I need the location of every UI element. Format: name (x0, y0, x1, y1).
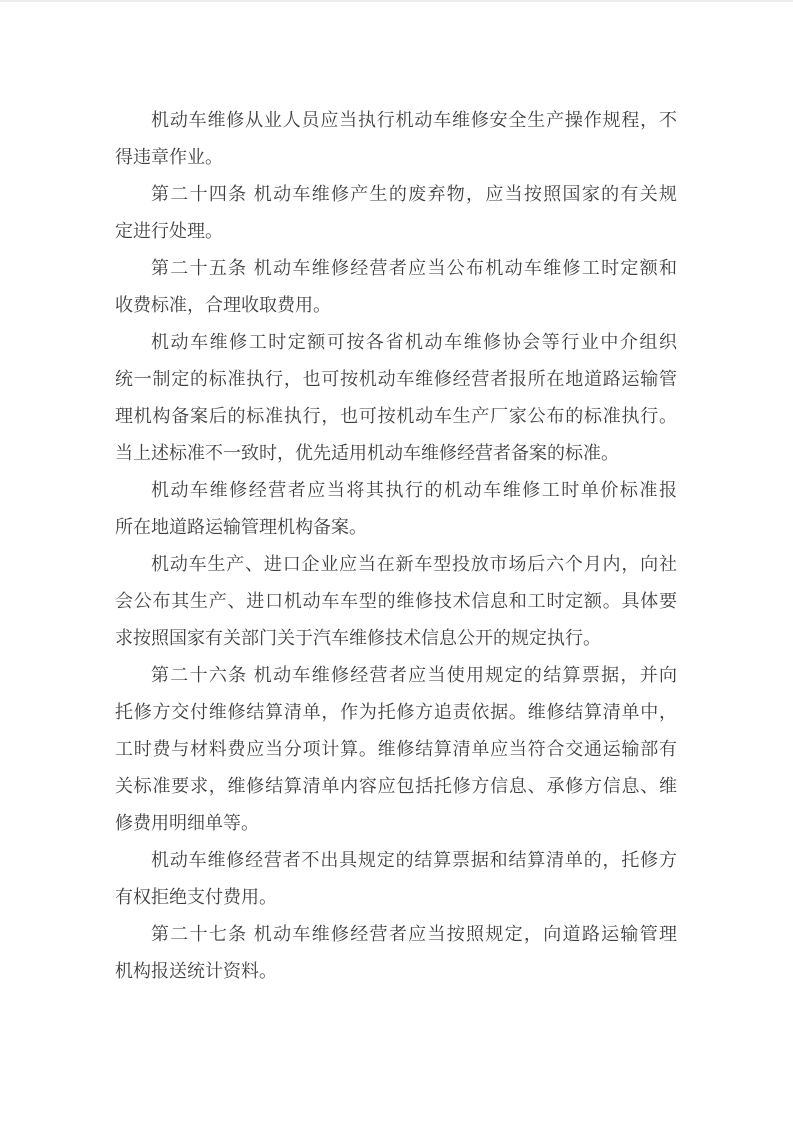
paragraph: 第二十五条 机动车维修经营者应当公布机动车维修工时定额和收费标准，合理收取费用。 (115, 250, 677, 324)
text-line: 收费标准，合理收取费用。 (115, 287, 677, 324)
text-line: 所在地道路运输管理机构备案。 (115, 509, 677, 546)
paragraph: 机动车维修工时定额可按各省机动车维修协会等行业中介组织统一制定的标准执行，也可按… (115, 324, 677, 472)
text-line: 修费用明细单等。 (115, 805, 677, 842)
paragraph: 机动车维修经营者应当将其执行的机动车维修工时单价标准报所在地道路运输管理机构备案… (115, 472, 677, 546)
text-line: 定进行处理。 (115, 213, 677, 250)
paragraph: 第二十四条 机动车维修产生的废弃物，应当按照国家的有关规定进行处理。 (115, 176, 677, 250)
text-line: 工时费与材料费应当分项计算。维修结算清单应当符合交通运输部有 (115, 731, 677, 768)
text-line: 会公布其生产、进口机动车车型的维修技术信息和工时定额。具体要 (115, 583, 677, 620)
text-line: 统一制定的标准执行，也可按机动车维修经营者报所在地道路运输管 (115, 361, 677, 398)
text-line: 当上述标准不一致时，优先适用机动车维修经营者备案的标准。 (115, 435, 677, 472)
text-line: 机动车维修工时定额可按各省机动车维修协会等行业中介组织 (115, 324, 677, 361)
text-line: 机动车生产、进口企业应当在新车型投放市场后六个月内，向社 (115, 546, 677, 583)
text-line: 机动车维修从业人员应当执行机动车维修安全生产操作规程，不 (115, 102, 677, 139)
text-line: 机构报送统计资料。 (115, 953, 677, 990)
text-line: 第二十六条 机动车维修经营者应当使用规定的结算票据，并向 (115, 657, 677, 694)
paragraph: 机动车生产、进口企业应当在新车型投放市场后六个月内，向社会公布其生产、进口机动车… (115, 546, 677, 657)
text-line: 第二十七条 机动车维修经营者应当按照规定，向道路运输管理 (115, 916, 677, 953)
document-page: 机动车维修从业人员应当执行机动车维修安全生产操作规程，不得违章作业。第二十四条 … (0, 0, 793, 1122)
text-line: 求按照国家有关部门关于汽车维修技术信息公开的规定执行。 (115, 620, 677, 657)
paragraph: 机动车维修经营者不出具规定的结算票据和结算清单的，托修方有权拒绝支付费用。 (115, 842, 677, 916)
text-line: 托修方交付维修结算清单，作为托修方追责依据。维修结算清单中， (115, 694, 677, 731)
document-body: 机动车维修从业人员应当执行机动车维修安全生产操作规程，不得违章作业。第二十四条 … (0, 0, 793, 990)
text-line: 第二十四条 机动车维修产生的废弃物，应当按照国家的有关规 (115, 176, 677, 213)
text-line: 有权拒绝支付费用。 (115, 879, 677, 916)
text-line: 关标准要求，维修结算清单内容应包括托修方信息、承修方信息、维 (115, 768, 677, 805)
text-line: 得违章作业。 (115, 139, 677, 176)
text-line: 第二十五条 机动车维修经营者应当公布机动车维修工时定额和 (115, 250, 677, 287)
page-top-divider (0, 0, 793, 2)
text-line: 机动车维修经营者不出具规定的结算票据和结算清单的，托修方 (115, 842, 677, 879)
paragraph: 机动车维修从业人员应当执行机动车维修安全生产操作规程，不得违章作业。 (115, 102, 677, 176)
text-line: 机动车维修经营者应当将其执行的机动车维修工时单价标准报 (115, 472, 677, 509)
text-line: 理机构备案后的标准执行，也可按机动车生产厂家公布的标准执行。 (115, 398, 677, 435)
paragraph: 第二十六条 机动车维修经营者应当使用规定的结算票据，并向托修方交付维修结算清单，… (115, 657, 677, 842)
paragraph: 第二十七条 机动车维修经营者应当按照规定，向道路运输管理机构报送统计资料。 (115, 916, 677, 990)
